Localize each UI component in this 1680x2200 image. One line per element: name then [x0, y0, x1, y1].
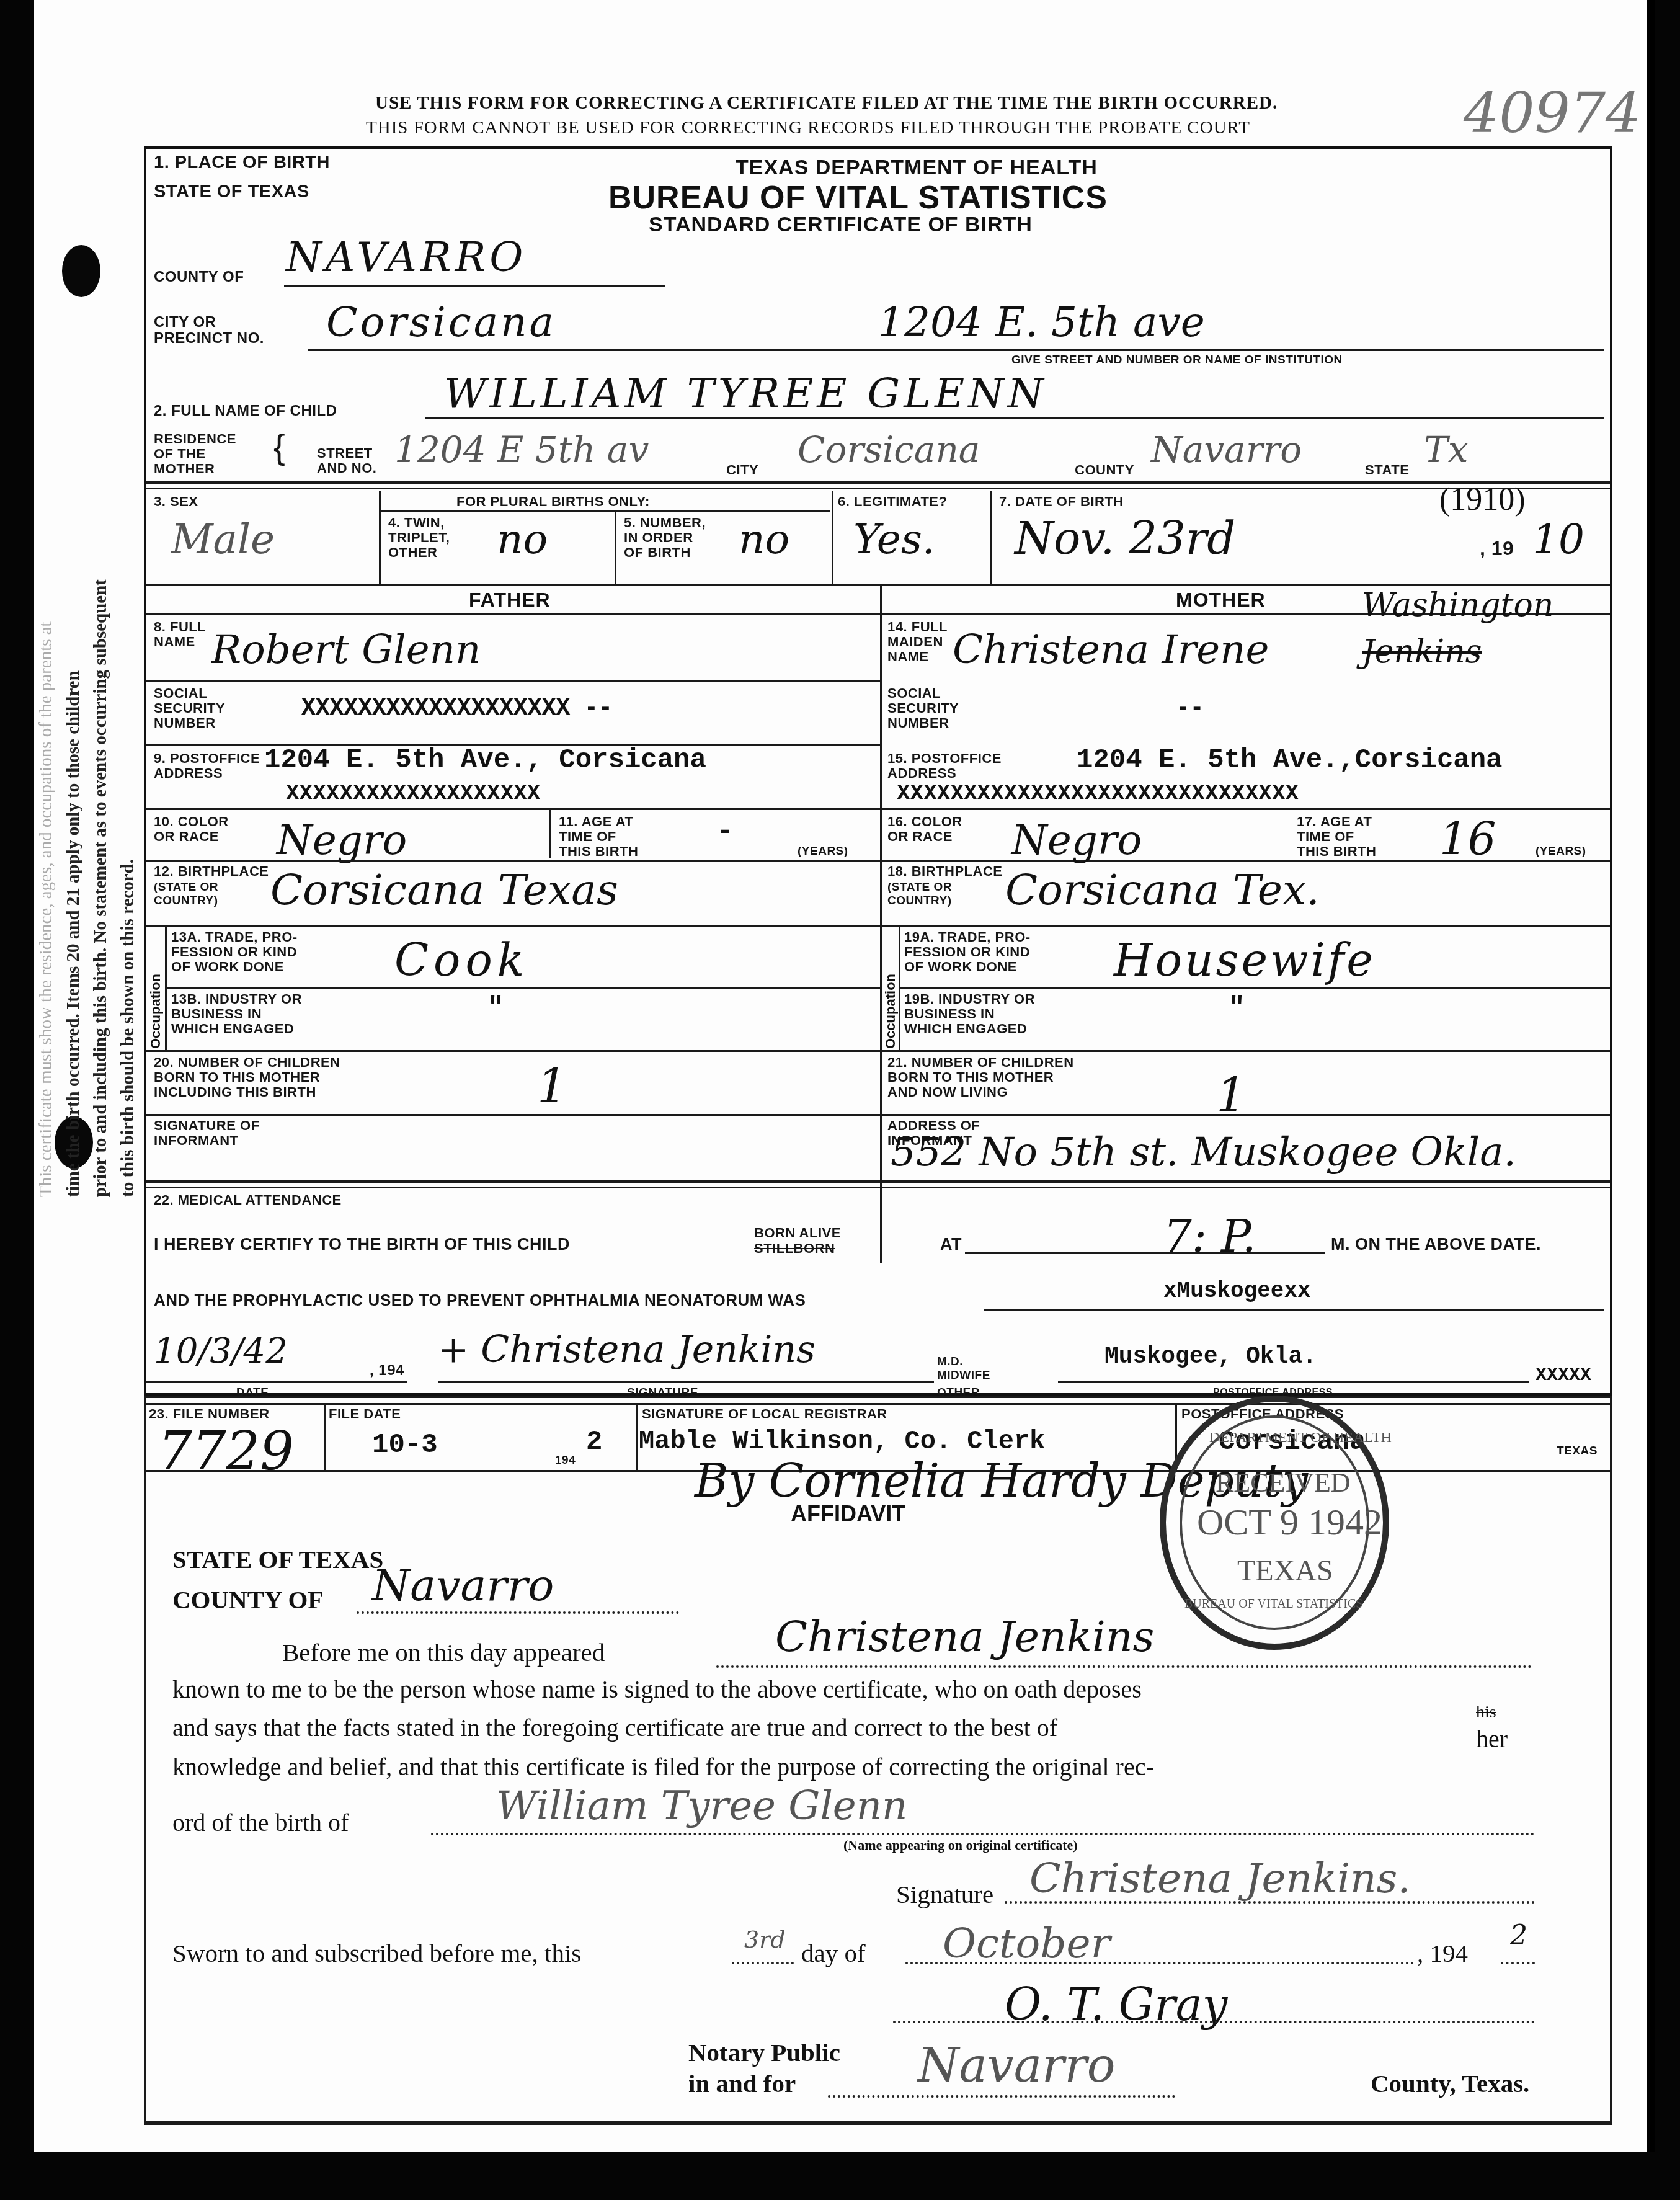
affidavit-body-line1: known to me to be the person whose name … [172, 1675, 1142, 1704]
father-ssn-label: SOCIAL [154, 686, 207, 701]
department-title: TEXAS DEPARTMENT OF HEALTH [736, 156, 1098, 180]
father-industry-label: 13B. INDUSTRY OR [171, 992, 302, 1007]
father-industry-label: BUSINESS IN [171, 1007, 262, 1022]
child-name-label: 2. FULL NAME OF CHILD [154, 403, 337, 419]
time-suffix: M. ON THE ABOVE DATE. [1331, 1236, 1541, 1253]
mother-industry-label: BUSINESS IN [904, 1007, 995, 1022]
original-name-value: William Tyree Glenn [496, 1783, 907, 1829]
attendance-year-prefix: , 194 [370, 1362, 404, 1379]
mother-age-label: THIS BIRTH [1297, 844, 1376, 859]
rule [165, 987, 880, 989]
affidavit-county-value: Navarro [372, 1560, 554, 1611]
father-birthplace-value: Corsicana Texas [270, 866, 618, 915]
father-name-value: Robert Glenn [211, 627, 481, 673]
years-label: (YEARS) [798, 845, 848, 858]
center-divider [880, 584, 882, 1263]
appeared-text: Before me on this day appeared [282, 1637, 605, 1667]
sworn-day-value: 3rd [744, 1926, 786, 1953]
rule [1005, 1901, 1535, 1904]
sworn-text: Sworn to and subscribed before me, this [172, 1938, 581, 1968]
informant-address-value: 552 No 5th st. Muskogee Okla. [891, 1129, 1516, 1175]
rule [146, 1180, 1610, 1183]
mother-street-value: 1204 E 5th av [394, 429, 649, 471]
rule [381, 510, 830, 512]
mother-name-struck: Jenkins [1362, 633, 1482, 670]
mother-age-label: 17. AGE AT [1297, 814, 1372, 829]
instruction-line-1: USE THIS FORM FOR CORRECTING A CERTIFICA… [375, 93, 1278, 114]
affidavit-title: AFFIDAVIT [791, 1501, 905, 1527]
at-label: AT [940, 1236, 962, 1253]
stamp-date: OCT 9 1942 [1197, 1501, 1382, 1544]
registrar-value: Mable Wilkinson, Co. Clerk [639, 1427, 1045, 1456]
attendant-signature: + Christena Jenkins [438, 1328, 816, 1371]
scan-border-bottom [0, 2152, 1680, 2200]
attendant-struck: XXXXX [1536, 1365, 1591, 1386]
rule [146, 1050, 1610, 1052]
notary-label-2: in and for [688, 2069, 796, 2098]
years-label: (YEARS) [1536, 845, 1586, 858]
rule [146, 680, 880, 682]
attendant-postoffice-value: Muskogee, Okla. [1104, 1343, 1317, 1370]
father-birthplace-label: COUNTRY) [154, 895, 218, 907]
divider [324, 1405, 326, 1470]
divider [615, 512, 616, 584]
stamp-ring-bottom: BUREAU OF VITAL STATISTICS [1184, 1597, 1362, 1611]
affiant-signature: Christena Jenkins. [1029, 1855, 1410, 1902]
rule [1501, 1962, 1535, 1964]
signature-label: Signature [896, 1879, 993, 1909]
day-of-label: day of [801, 1938, 866, 1968]
street-label-2: AND NO. [317, 461, 376, 476]
rule [144, 1403, 1612, 1405]
father-birthplace-label: 12. BIRTHPLACE [154, 864, 269, 879]
street-label-1: STREET [317, 446, 373, 461]
rule [308, 349, 1604, 351]
children-born-label: INCLUDING THIS BIRTH [154, 1085, 316, 1100]
role-md: M.D. [937, 1356, 963, 1368]
rule [732, 1962, 794, 1964]
place-of-birth-label: 1. PLACE OF BIRTH [154, 154, 330, 171]
father-age-label: THIS BIRTH [559, 844, 638, 859]
mother-address-label: 15. POSTOFFICE [887, 751, 1002, 766]
notary-label-1: Notary Public [688, 2037, 840, 2067]
mother-trade-label: OF WORK DONE [904, 960, 1017, 974]
rule [146, 808, 880, 810]
mother-industry-label: WHICH ENGAGED [904, 1022, 1027, 1036]
mother-industry-value: " [1229, 993, 1245, 1024]
children-living-label: BORN TO THIS MOTHER [887, 1070, 1054, 1085]
city-value: Corsicana [326, 298, 556, 346]
mother-address-label: ADDRESS [887, 766, 956, 781]
instruction-line-2: THIS FORM CANNOT BE USED FOR CORRECTING … [366, 118, 1250, 138]
file-date-label: FILE DATE [329, 1407, 401, 1422]
mother-county-value: Navarro [1151, 429, 1302, 471]
attendance-date-value: 10/3/42 [154, 1331, 288, 1371]
father-name-label: 8. FULL [154, 620, 206, 635]
mother-age-value: 16 [1439, 813, 1496, 865]
child-name-value: WILLIAM TYREE GLENN [444, 370, 1047, 417]
registrar-label: SIGNATURE OF LOCAL REGISTRAR [642, 1407, 887, 1422]
children-born-value: 1 [537, 1058, 567, 1113]
sworn-year-prefix: , 194 [1417, 1938, 1468, 1968]
father-race-label: OR RACE [154, 829, 219, 844]
occupation-side-label: Occupation [882, 974, 899, 1049]
mother-state-value: Tx [1424, 429, 1468, 471]
original-name-caption: (Name appearing on original certificate) [843, 1837, 1078, 1853]
father-ssn-label: NUMBER [154, 716, 216, 731]
bureau-title: BUREAU OF VITAL STATISTICS [608, 179, 1108, 216]
mother-trade-label: 19A. TRADE, PRO- [904, 930, 1031, 945]
city-label: CITY [726, 463, 758, 478]
rule [899, 987, 1610, 989]
divider [832, 491, 833, 584]
mother-age-label: TIME OF [1297, 829, 1354, 844]
informant-signature-label: INFORMANT [154, 1133, 238, 1148]
rule [905, 1962, 1414, 1964]
rule [146, 925, 880, 927]
side-instructions: This certificate must show the residence… [32, 192, 141, 1197]
occupation-side-label: Occupation [148, 974, 164, 1049]
side-note-line: to this birth should be shown on this re… [114, 192, 141, 1197]
file-number-label: 23. FILE NUMBER [149, 1407, 270, 1422]
certify-text: I HEREBY CERTIFY TO THE BIRTH OF THIS CH… [154, 1236, 570, 1253]
mother-section-label: MOTHER [1176, 589, 1266, 612]
born-alive-label: BORN ALIVE [754, 1226, 841, 1240]
twin-label: TRIPLET, [388, 530, 450, 545]
number-label: 5. NUMBER, [624, 515, 706, 530]
affidavit-body-line4: ord of the birth of [172, 1808, 349, 1837]
twin-label: 4. TWIN, [388, 515, 445, 530]
mother-birthplace-label: COUNTRY) [887, 895, 952, 907]
medical-label: 22. MEDICAL ATTENDANCE [154, 1193, 342, 1208]
side-note-line: This certificate must show the residence… [32, 192, 60, 1197]
sex-value: Male [171, 515, 275, 563]
father-trade-label: 13A. TRADE, PRO- [171, 930, 298, 945]
mother-name-correction: Washington [1362, 587, 1553, 624]
number-value: no [739, 515, 789, 563]
residence-label-1: RESIDENCE [154, 432, 236, 447]
mother-trade-value: Housewife [1114, 934, 1376, 986]
divider [636, 1405, 638, 1470]
father-address-label: 9. POSTOFFICE [154, 751, 260, 766]
rule [828, 2095, 1175, 2098]
file-number-value: 7729 [158, 1420, 294, 1482]
birth-street-value: 1204 E. 5th ave [878, 298, 1205, 346]
mother-name-label: 14. FULL [887, 620, 948, 635]
appeared-name: Christena Jenkins [775, 1613, 1154, 1662]
mother-race-value: Negro [1011, 816, 1142, 864]
father-address-struck: XXXXXXXXXXXXXXXXXXX [286, 781, 540, 806]
father-address-label: ADDRESS [154, 766, 223, 781]
father-name-label: NAME [154, 635, 195, 649]
mother-ssn-label: SECURITY [887, 701, 959, 716]
archive-number: 40974 [1464, 81, 1641, 146]
rule [146, 1187, 1610, 1188]
rule [438, 1381, 934, 1383]
mother-trade-label: FESSION OR KIND [904, 945, 1030, 960]
affidavit-county-label: COUNTY OF [172, 1585, 323, 1614]
dob-year-prefix: , 19 [1480, 540, 1514, 557]
rule [893, 2021, 1535, 2023]
rule [146, 1114, 1610, 1116]
brace-icon: { [273, 438, 285, 455]
rule [880, 925, 1610, 927]
rule [431, 1833, 1535, 1835]
form-border-right [1610, 1396, 1612, 2121]
father-age-label: TIME OF [559, 829, 616, 844]
rule [965, 1252, 1325, 1254]
father-industry-value: " [487, 993, 504, 1024]
county-label: COUNTY OF [154, 269, 244, 285]
children-born-label: BORN TO THIS MOTHER [154, 1070, 320, 1085]
rule [425, 417, 1604, 419]
father-address-value: 1204 E. 5th Ave., Corsicana [264, 745, 706, 776]
stamp-status: RECEIVED [1216, 1467, 1351, 1499]
file-date-year: 2 [586, 1427, 602, 1458]
mother-ssn-label: SOCIAL [887, 686, 941, 701]
rule [146, 481, 1610, 484]
father-section-label: FATHER [469, 589, 551, 612]
mother-address-value: 1204 E. 5th Ave.,Corsicana [1077, 745, 1503, 776]
number-label: IN ORDER [624, 530, 693, 545]
mother-name-label: NAME [887, 649, 929, 664]
affidavit-body-line2: and says that the facts stated in the fo… [172, 1713, 1057, 1742]
state-label: STATE OF TEXAS [154, 184, 309, 200]
sworn-month-value: October [943, 1920, 1110, 1967]
mother-ssn-value: -- [1176, 695, 1204, 722]
rule [357, 1611, 679, 1614]
city-label-1: CITY OR [154, 314, 216, 331]
children-born-label: 20. NUMBER OF CHILDREN [154, 1055, 340, 1070]
number-label: OF BIRTH [624, 545, 691, 560]
pronoun-struck: his [1476, 1703, 1496, 1722]
informant-signature-label: SIGNATURE OF [154, 1118, 260, 1133]
father-race-value: Negro [277, 816, 407, 864]
notary-county-value: Navarro [918, 2037, 1115, 2093]
county-value: NAVARRO [286, 233, 527, 281]
father-trade-label: FESSION OR KIND [171, 945, 297, 960]
rule [144, 1396, 1612, 1398]
dob-label: 7. DATE OF BIRTH [999, 494, 1124, 509]
registrar-state: TEXAS [1557, 1445, 1598, 1458]
mother-race-label: 16. COLOR [887, 814, 962, 829]
father-industry-label: WHICH ENGAGED [171, 1022, 294, 1036]
father-birthplace-label: (STATE OR [154, 881, 218, 894]
mother-birthplace-value: Corsicana Tex. [1005, 866, 1320, 915]
mother-name-value: Christena Irene [953, 627, 1269, 673]
mother-name-label: MAIDEN [887, 635, 943, 649]
city-label-2: PRECINCT NO. [154, 330, 264, 347]
form-title: STANDARD CERTIFICATE OF BIRTH [649, 213, 1033, 237]
rule [1058, 1381, 1529, 1383]
residence-label-3: MOTHER [154, 461, 215, 476]
affidavit-body-line3: knowledge and belief, and that this cert… [172, 1752, 1154, 1781]
twin-label: OTHER [388, 545, 438, 560]
file-date-year-prefix: 194 [555, 1454, 576, 1467]
scan-border-right [1655, 0, 1680, 2200]
role-midwife: MIDWIFE [937, 1369, 990, 1382]
rule [146, 488, 1610, 489]
form-border-bottom [144, 2121, 1612, 2125]
residence-label-2: OF THE [154, 447, 206, 461]
father-trade-value: Cook [394, 934, 529, 986]
divider [990, 491, 992, 584]
mother-race-label: OR RACE [887, 829, 953, 844]
rule [146, 1381, 407, 1383]
rule [284, 285, 665, 287]
stamp-state: TEXAS [1237, 1554, 1333, 1588]
father-age-label: 11. AGE AT [559, 814, 633, 829]
legitimate-value: Yes. [853, 515, 935, 563]
form-border-left [144, 1396, 146, 2121]
sworn-year-suffix: 2 [1510, 1920, 1527, 1951]
children-living-value: 1 [1216, 1067, 1246, 1123]
county-label: COUNTY [1075, 463, 1134, 478]
rule [984, 1309, 1604, 1311]
mother-ssn-label: NUMBER [887, 716, 949, 731]
plural-label: FOR PLURAL BIRTHS ONLY: [456, 494, 650, 509]
scan-border-left [0, 0, 34, 2200]
father-age-value: - [717, 816, 733, 847]
rule [146, 584, 1610, 586]
sex-label: 3. SEX [154, 494, 198, 509]
mother-birthplace-label: 18. BIRTHPLACE [887, 864, 1002, 879]
dob-year-note: (1910) [1439, 481, 1526, 518]
stamp-ring-top: DEPARTMENT OF HEALTH [1209, 1430, 1392, 1446]
prophylactic-text: AND THE PROPHYLACTIC USED TO PREVENT OPH… [154, 1292, 806, 1309]
mother-city-value: Corsicana [798, 429, 980, 471]
birth-time-value: 7: P. [1163, 1210, 1256, 1262]
twin-value: no [497, 515, 548, 563]
rule [146, 860, 1610, 862]
mother-industry-label: 19B. INDUSTRY OR [904, 992, 1035, 1007]
father-trade-label: OF WORK DONE [171, 960, 284, 974]
side-note-line: time the birth occurred. Items 20 and 21… [60, 192, 87, 1197]
birth-certificate-form: 1. PLACE OF BIRTH STATE OF TEXAS TEXAS D… [144, 146, 1612, 1396]
file-date-value: 10-3 [372, 1430, 438, 1461]
father-ssn-label: SECURITY [154, 701, 225, 716]
notary-suffix: County, Texas. [1371, 2069, 1529, 2098]
pronoun-value: her [1476, 1724, 1508, 1753]
street-caption: GIVE STREET AND NUMBER OR NAME OF INSTIT… [1011, 354, 1343, 367]
affidavit-state: STATE OF TEXAS [172, 1544, 383, 1574]
side-note-line: prior to and including this birth. No st… [87, 192, 114, 1197]
stillborn-label: STILLBORN [754, 1241, 835, 1256]
children-living-label: 21. NUMBER OF CHILDREN [887, 1055, 1074, 1070]
prophylactic-value: xMuskogeexx [1163, 1278, 1311, 1304]
rule [716, 1665, 1532, 1668]
rule [880, 808, 1610, 810]
divider [379, 491, 381, 584]
father-race-label: 10. COLOR [154, 814, 229, 829]
legitimate-label: 6. LEGITIMATE? [838, 494, 947, 509]
dob-year-value: 10 [1532, 515, 1584, 563]
state-label: STATE [1365, 463, 1409, 478]
father-ssn-value: XXXXXXXXXXXXXXXXXXX -- [301, 695, 613, 722]
divider [549, 808, 551, 858]
mother-address-struck: XXXXXXXXXXXXXXXXXXXXXXXXXXXXXX [897, 781, 1299, 806]
dob-value: Nov. 23rd [1015, 512, 1235, 564]
children-living-label: AND NOW LIVING [887, 1085, 1008, 1100]
received-stamp: DEPARTMENT OF HEALTH RECEIVED OCT 9 1942… [1160, 1396, 1389, 1650]
mother-birthplace-label: (STATE OR [887, 881, 952, 894]
